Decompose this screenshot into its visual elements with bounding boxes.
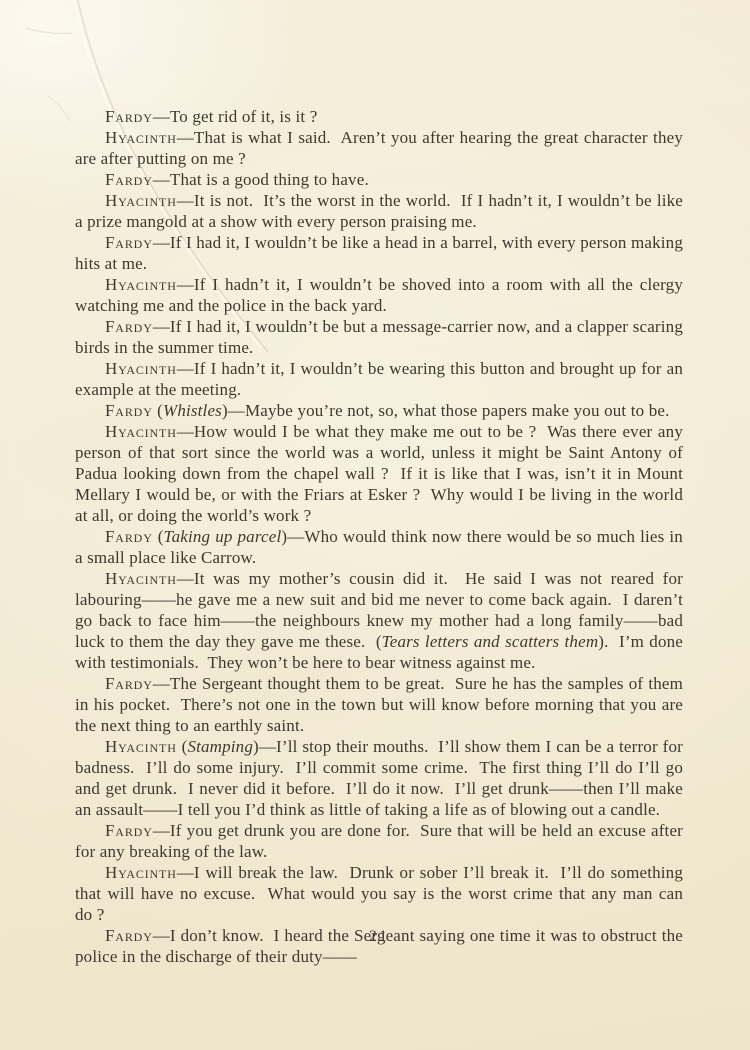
dialogue-paragraph: Hyacinth—If I hadn’t it, I wouldn’t be w… <box>75 358 683 400</box>
dialogue-paragraph: Hyacinth (Stamping)—I’ll stop their mout… <box>75 736 683 820</box>
dialogue-paragraph: Fardy—If you get drunk you are done for.… <box>75 820 683 862</box>
speaker-name: Fardy <box>105 821 153 840</box>
dialogue-paragraph: Hyacinth—I will break the law. Drunk or … <box>75 862 683 925</box>
speaker-name: Hyacinth <box>105 128 177 147</box>
page-number: 21 <box>75 928 683 946</box>
dialogue-paragraph: Hyacinth—If I hadn’t it, I wouldn’t be s… <box>75 274 683 316</box>
speaker-name: Fardy <box>105 401 153 420</box>
dialogue-paragraph: Hyacinth—That is what I said. Aren’t you… <box>75 127 683 169</box>
speaker-name: Fardy <box>105 317 153 336</box>
speaker-name: Hyacinth <box>105 191 177 210</box>
stage-direction: Taking up parcel <box>164 527 282 546</box>
stage-direction: Whistles <box>163 401 222 420</box>
speaker-name: Hyacinth <box>105 359 177 378</box>
dialogue-paragraph: Hyacinth—It is not. It’s the worst in th… <box>75 190 683 232</box>
speaker-name: Hyacinth <box>105 275 177 294</box>
dialogue-paragraph: Fardy—That is a good thing to have. <box>75 169 683 190</box>
dialogue-paragraph: Hyacinth—How would I be what they make m… <box>75 421 683 526</box>
speaker-name: Hyacinth <box>105 737 177 756</box>
dialogue-paragraph: Fardy—If I had it, I wouldn’t be like a … <box>75 232 683 274</box>
speaker-name: Fardy <box>105 107 153 126</box>
speaker-name: Hyacinth <box>105 422 177 441</box>
dialogue-paragraph: Fardy—The Sergeant thought them to be gr… <box>75 673 683 736</box>
speaker-name: Fardy <box>105 674 153 693</box>
book-page: Fardy—To get rid of it, is it ?Hyacinth—… <box>0 0 750 1050</box>
speaker-name: Hyacinth <box>105 569 177 588</box>
dialogue-paragraph: Fardy—If I had it, I wouldn’t be but a m… <box>75 316 683 358</box>
stage-direction: Stamping <box>187 737 253 756</box>
dialogue-paragraph: Fardy (Whistles)—Maybe you’re not, so, w… <box>75 400 683 421</box>
speaker-name: Fardy <box>105 170 153 189</box>
dialogue-paragraph: Fardy—To get rid of it, is it ? <box>75 106 683 127</box>
speaker-name: Fardy <box>105 233 153 252</box>
stage-direction: Tears letters and scatters them <box>382 632 599 651</box>
dialogue-paragraph: Hyacinth—It was my mother’s cousin did i… <box>75 568 683 673</box>
dialogue-paragraph: Fardy (Taking up parcel)—Who would think… <box>75 526 683 568</box>
speaker-name: Fardy <box>105 527 153 546</box>
page-text: Fardy—To get rid of it, is it ?Hyacinth—… <box>75 106 683 967</box>
speaker-name: Hyacinth <box>105 863 177 882</box>
